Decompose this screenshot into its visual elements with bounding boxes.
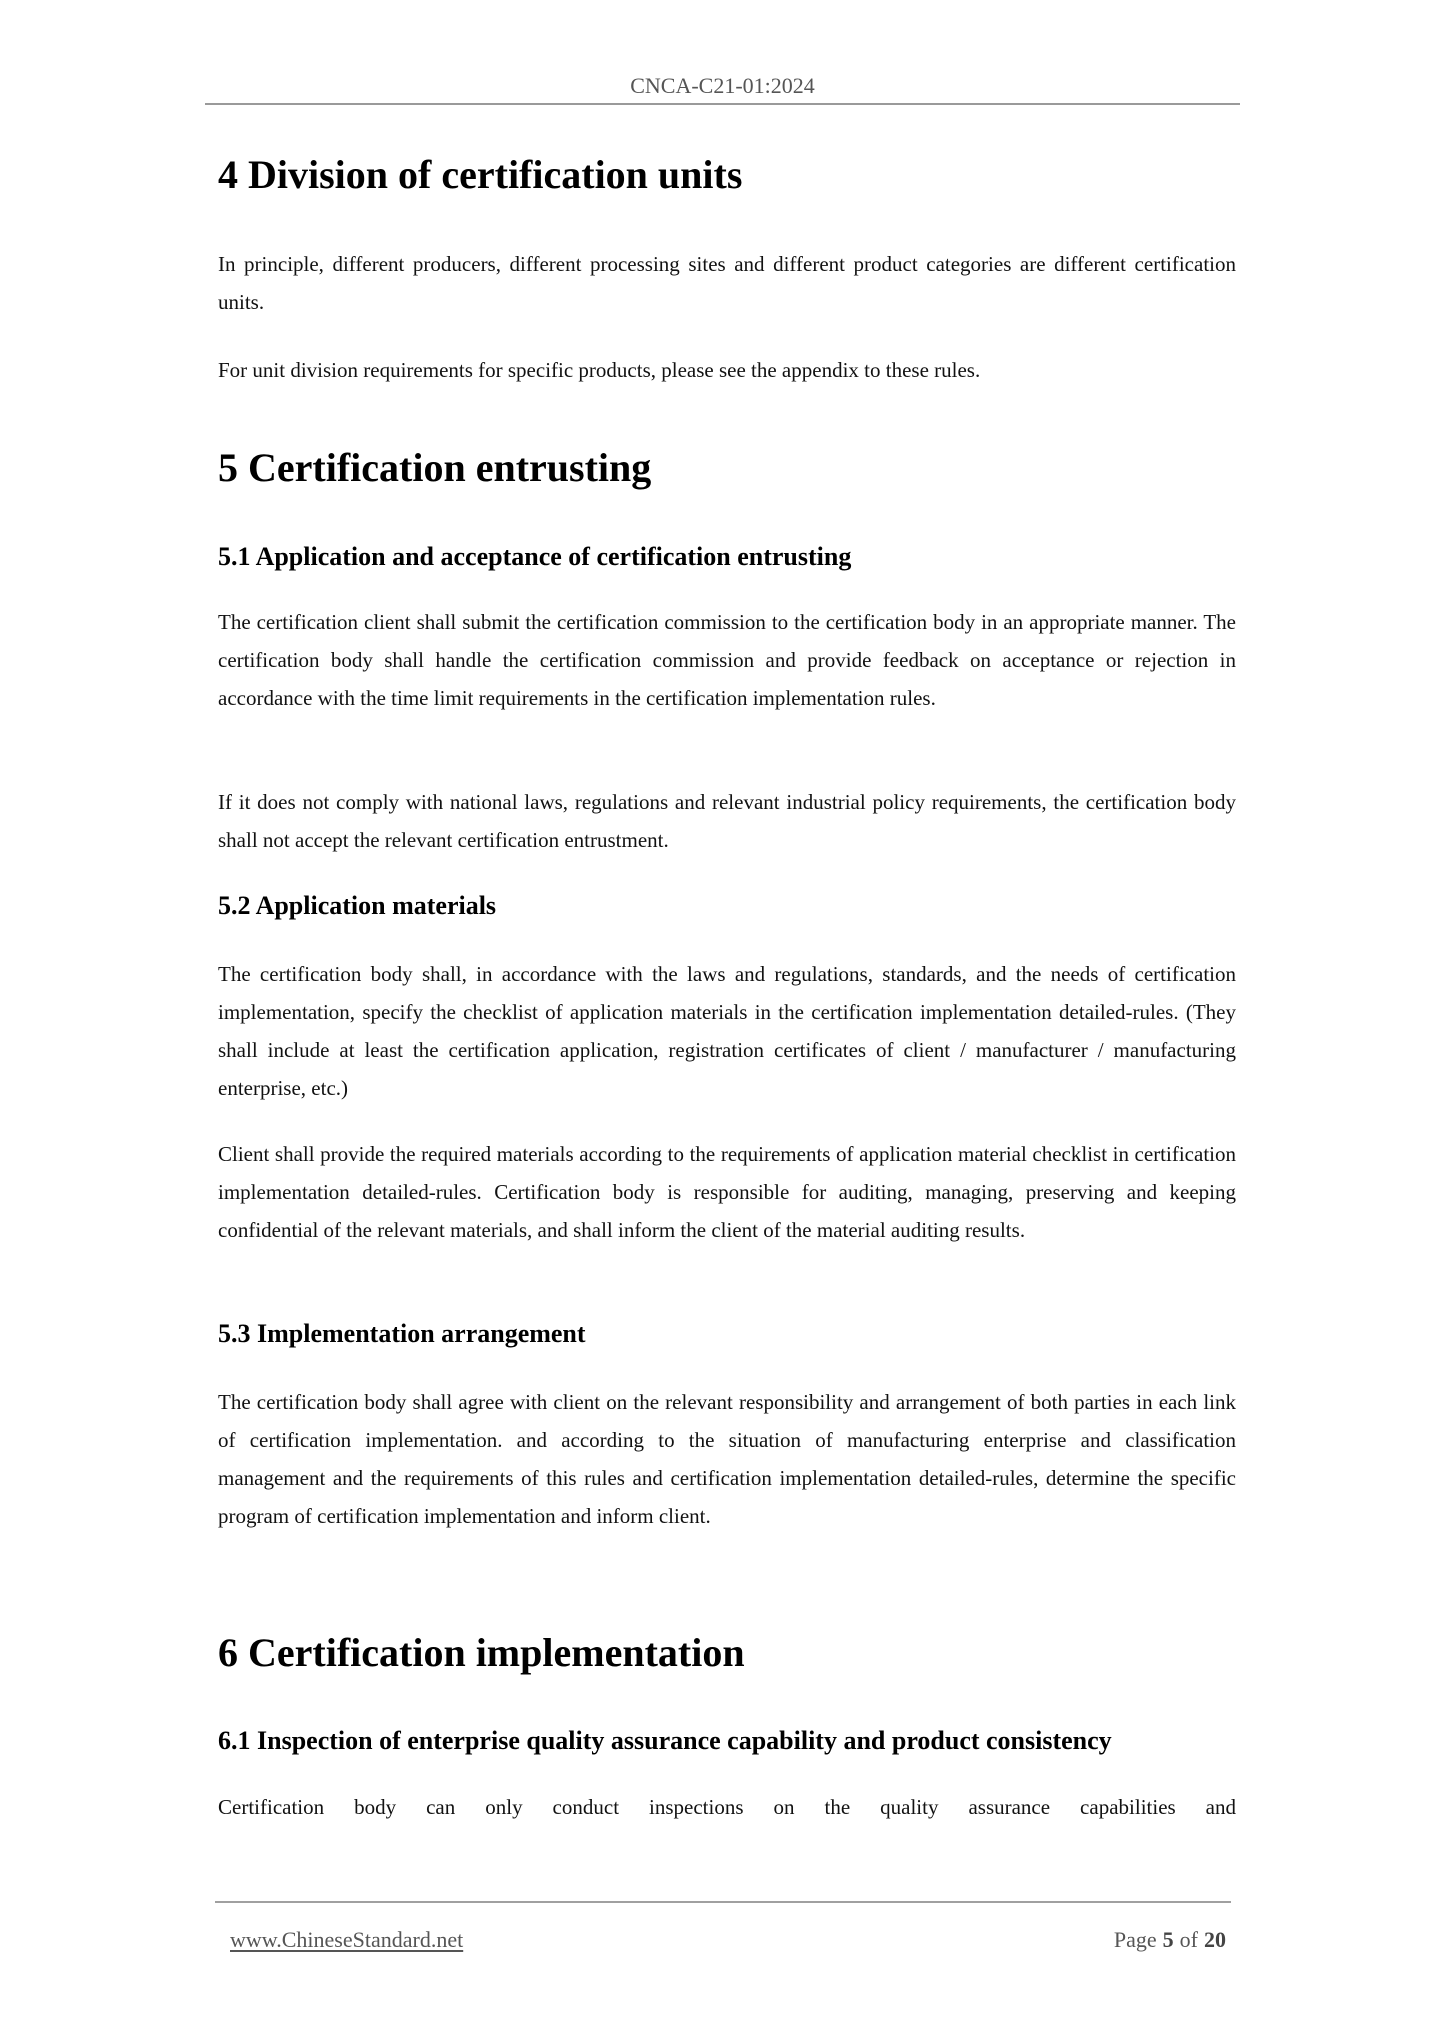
section-6-1-paragraph-1: Certification body can only conduct insp… [218,1788,1236,1826]
website-link[interactable]: www.ChineseStandard.net [230,1928,463,1952]
section-5-1-paragraph-2: If it does not comply with national laws… [218,783,1236,859]
page-current: 5 [1163,1927,1174,1952]
section-5-heading: 5 Certification entrusting [218,448,651,488]
section-6-heading: 6 Certification implementation [218,1633,745,1673]
section-5-1-paragraph-1: The certification client shall submit th… [218,603,1236,717]
footer-divider [215,1901,1231,1903]
section-5-3-heading: 5.3 Implementation arrangement [218,1321,586,1347]
section-5-2-paragraph-2: Client shall provide the required materi… [218,1135,1236,1249]
section-5-2-paragraph-1: The certification body shall, in accorda… [218,955,1236,1107]
header-divider [205,103,1240,105]
section-5-2-heading: 5.2 Application materials [218,893,496,919]
page-indicator: Page5of20 [1114,1928,1226,1952]
document-id-header: CNCA-C21-01:2024 [0,75,1445,97]
section-4-paragraph-1: In principle, different producers, diffe… [218,245,1236,321]
section-4-paragraph-2: For unit division requirements for speci… [218,351,1236,389]
page-label: Page [1114,1927,1157,1952]
section-5-1-heading: 5.1 Application and acceptance of certif… [218,544,851,570]
section-4-heading: 4 Division of certification units [218,155,742,195]
page-total: 20 [1204,1927,1226,1952]
section-6-1-heading: 6.1 Inspection of enterprise quality ass… [218,1728,1112,1754]
section-5-3-paragraph-1: The certification body shall agree with … [218,1383,1236,1535]
page-of-label: of [1180,1927,1198,1952]
